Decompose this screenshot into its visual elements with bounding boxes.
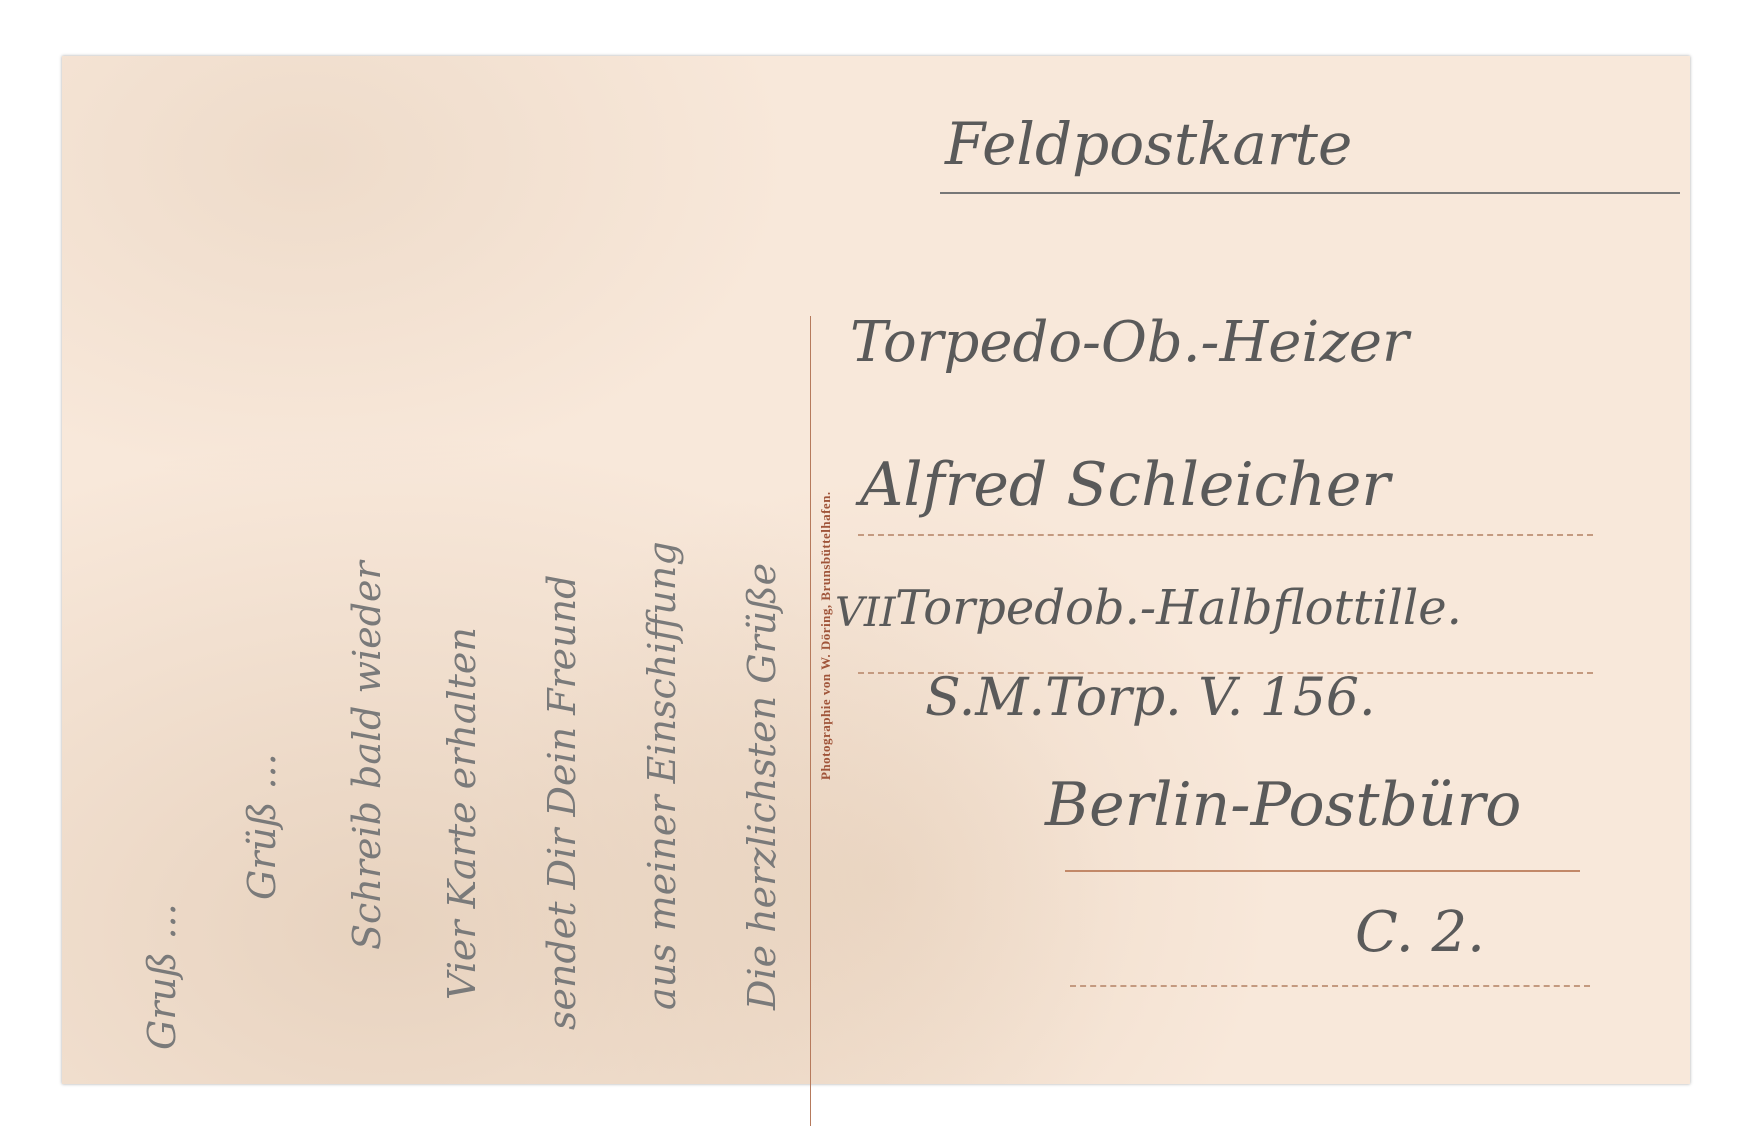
message-line: Schreib bald wieder bbox=[345, 561, 389, 950]
recipient-city: Berlin-Postbüro bbox=[1045, 770, 1521, 840]
recipient-district: C. 2. bbox=[1355, 900, 1485, 965]
unit-prefix: VII bbox=[835, 590, 896, 636]
message-line: Die herzlichsten Grüße bbox=[740, 563, 784, 1010]
message-line: sendet Dir Dein Freund bbox=[540, 575, 584, 1030]
recipient-ship: S.M.Torp. V. 156. bbox=[925, 668, 1376, 728]
heading-underline bbox=[940, 192, 1680, 194]
message-line: Gruß ... bbox=[140, 903, 184, 1050]
address-line-3 bbox=[1065, 870, 1580, 872]
address-line-4 bbox=[1070, 985, 1590, 987]
recipient-unit: Torpedob.-Halbflottille. bbox=[895, 580, 1462, 636]
message-line: aus meiner Einschiffung bbox=[640, 541, 684, 1010]
recipient-name: Alfred Schleicher bbox=[860, 450, 1390, 520]
message-line: Grüß ... bbox=[240, 753, 284, 900]
address-heading: Feldpostkarte bbox=[945, 110, 1352, 178]
recipient-rank: Torpedo-Ob.-Heizer bbox=[850, 310, 1409, 375]
center-divider bbox=[810, 316, 811, 1126]
message-line: Vier Karte erhalten bbox=[440, 627, 484, 1000]
address-line-1 bbox=[858, 534, 1593, 536]
credit-text: Photographie von W. Döring, Brunsbüttelh… bbox=[818, 491, 834, 780]
